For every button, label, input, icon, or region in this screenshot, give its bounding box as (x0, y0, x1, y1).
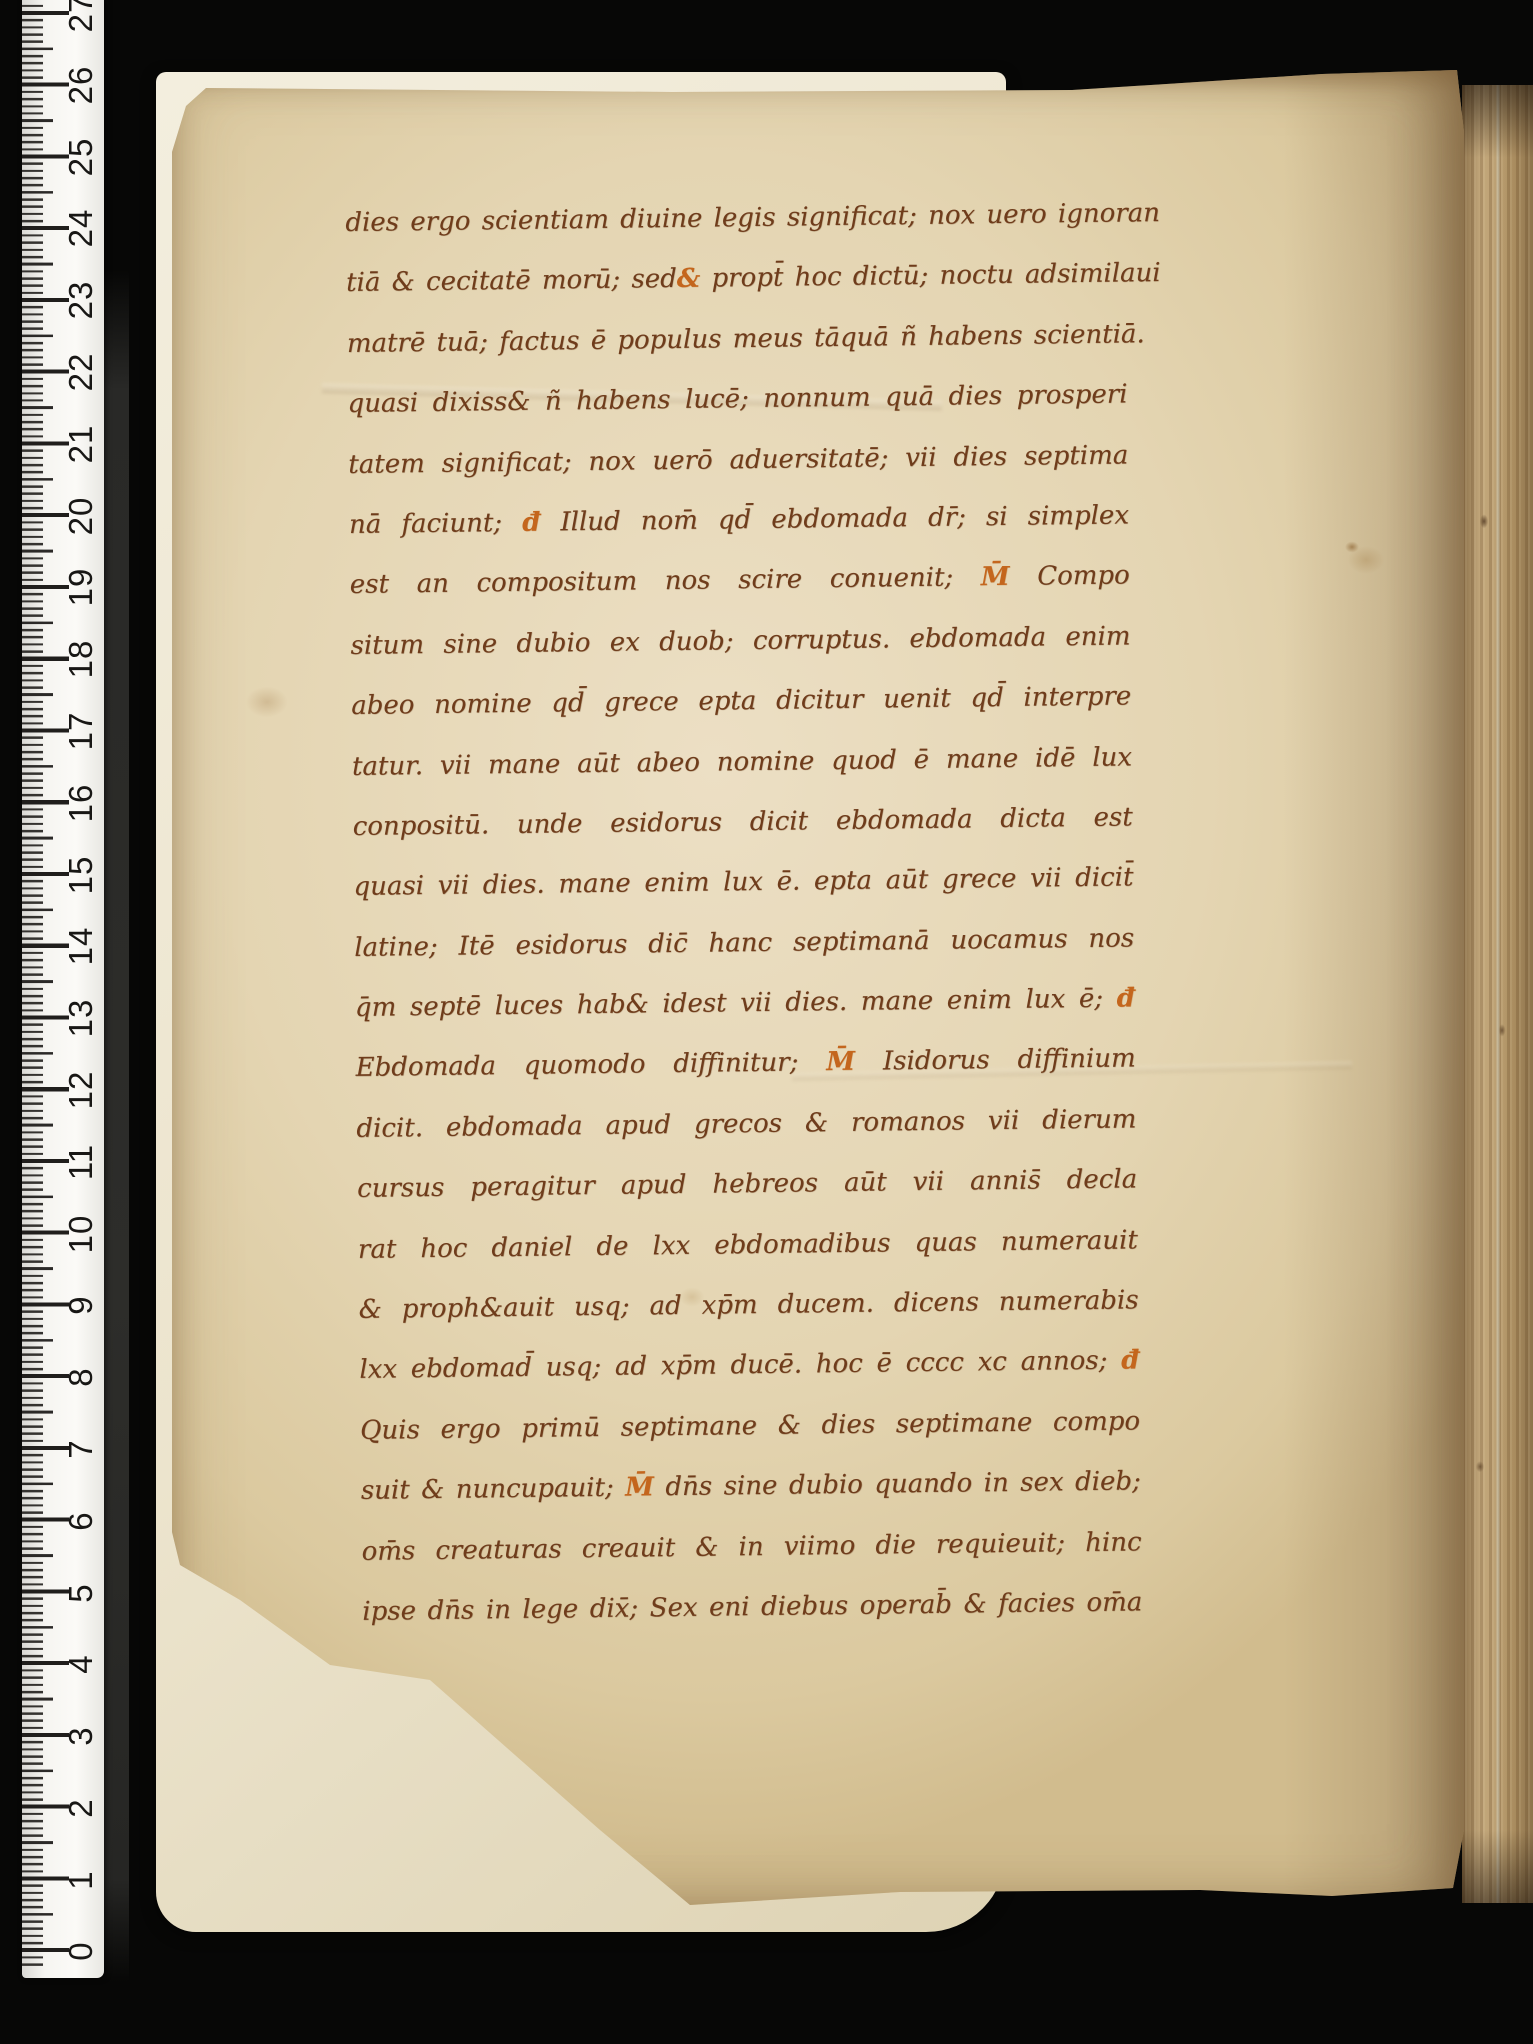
ruler-number: 9 (63, 1283, 99, 1327)
ruler-number: 11 (63, 1140, 99, 1184)
ruler-number: 3 (63, 1714, 99, 1758)
ruler-number: 19 (63, 565, 99, 609)
manuscript-text-line: matrē tuā; factus ē populus meus tāquā ñ… (346, 304, 1127, 374)
ruler-number: 13 (63, 996, 99, 1040)
ruler-number: 1 (63, 1858, 99, 1902)
rubricated-letter: đ (1117, 983, 1136, 1013)
rubricated-letter: M̄ (826, 1047, 855, 1077)
ruler-number: 15 (63, 853, 99, 897)
manuscript-text-line: abeo nomine qd̄ grece epta dicitur uenit… (351, 667, 1132, 737)
book-spine-edge (1462, 85, 1533, 1903)
manuscript-text-line: ipse dn̄s in lege dix̄; Sex eni diebus o… (362, 1572, 1143, 1642)
manuscript-text-line: om̄s creaturas creauit & in viimo die re… (361, 1512, 1142, 1582)
ruler-number: 0 (63, 1929, 99, 1973)
ruler-number: 16 (63, 781, 99, 825)
ruler-number: 8 (63, 1355, 99, 1399)
ruler-number: 4 (63, 1642, 99, 1686)
measurement-ruler: 27 26 25 24 23 22 21 20 19 18 17 16 15 1… (22, 0, 104, 1978)
ruler-number: 17 (63, 709, 99, 753)
manuscript-text-line: lxx ebdomad̄ usq; ad xp̄m ducē. hoc ē cc… (359, 1331, 1140, 1401)
manuscript-page: dies ergo scientiam diuine legis signifi… (172, 62, 1464, 1908)
manuscript-text-line: conpositū. unde esidorus dicit ebdomada … (352, 787, 1133, 857)
manuscript-text-line: latine; Itē esidorus dic̄ hanc septimanā… (354, 908, 1135, 978)
ruler-number: 23 (63, 278, 99, 322)
manuscript-text-line: & proph&auit usq; ad xp̄m ducem. dicens … (358, 1270, 1139, 1340)
ruler-number: 22 (63, 350, 99, 394)
ruler-number: 20 (63, 494, 99, 538)
manuscript-text-line: q̄m septē luces hab& idest vii dies. man… (355, 968, 1136, 1038)
rubricated-letter: & (677, 264, 701, 294)
rubricated-letter: đ (522, 508, 541, 538)
ruler-number: 18 (63, 637, 99, 681)
ruler-number: 14 (63, 924, 99, 968)
rubricated-letter: đ (1121, 1346, 1140, 1376)
manuscript-text-block: dies ergo scientiam diuine legis signifi… (345, 183, 1143, 1642)
manuscript-text-line: dies ergo scientiam diuine legis signifi… (345, 183, 1126, 253)
ruler-number: 21 (63, 422, 99, 466)
ruler-number: 12 (63, 1068, 99, 1112)
manuscript-text-line: Quis ergo primū septimane & dies septima… (360, 1391, 1141, 1461)
manuscript-text-line: nā faciunt; đ Illud nom̄ qd̄ ebdomada dr… (349, 485, 1130, 555)
ruler-number: 5 (63, 1571, 99, 1615)
manuscript-text-line: rat hoc daniel de lxx ebdomadibus quas n… (358, 1210, 1139, 1280)
ruler-shadow (102, 270, 129, 1982)
photo-background: { "scene": { "description": "Medieval pa… (0, 0, 1533, 2044)
manuscript-text-line: cursus peragitur apud hebreos aūt vii an… (357, 1150, 1138, 1220)
ruler-number: 25 (63, 135, 99, 179)
manuscript-text-line: tiā & cecitatē morū; sed& propt̄ hoc dic… (346, 244, 1127, 314)
rubricated-letter: M̄ (625, 1473, 654, 1503)
ruler-number: 26 (63, 63, 99, 107)
manuscript-text-line: Ebdomada quomodo diffinitur; M̄ Isidorus… (355, 1029, 1136, 1099)
manuscript-text-line: tatem significat; nox uerō aduersitatē; … (348, 425, 1129, 495)
manuscript-text-line: est an compositum nos scire conuenit; M̄… (349, 546, 1130, 616)
ruler-number: 2 (63, 1786, 99, 1830)
ruler-number: 6 (63, 1499, 99, 1543)
manuscript-text-line: suit & nuncupauit; M̄ dn̄s sine dubio qu… (360, 1452, 1141, 1522)
manuscript-text-line: quasi dixiss& ñ habens lucē; nonnum quā … (347, 365, 1128, 435)
manuscript-text-line: tatur. vii mane aūt abeo nomine quod ē m… (352, 727, 1133, 797)
manuscript-text-line: dicit. ebdomada apud grecos & romanos vi… (356, 1089, 1137, 1159)
rubricated-letter: M̄ (981, 562, 1010, 592)
ruler-number: 27 (63, 0, 99, 35)
manuscript-text-line: quasi vii dies. mane enim lux ē. epta aū… (353, 848, 1134, 918)
ruler-number: 10 (63, 1212, 99, 1256)
ruler-number: 7 (63, 1427, 99, 1471)
manuscript-text-line: situm sine dubio ex duob; corruptus. ebd… (350, 606, 1131, 676)
ruler-number: 24 (63, 206, 99, 250)
